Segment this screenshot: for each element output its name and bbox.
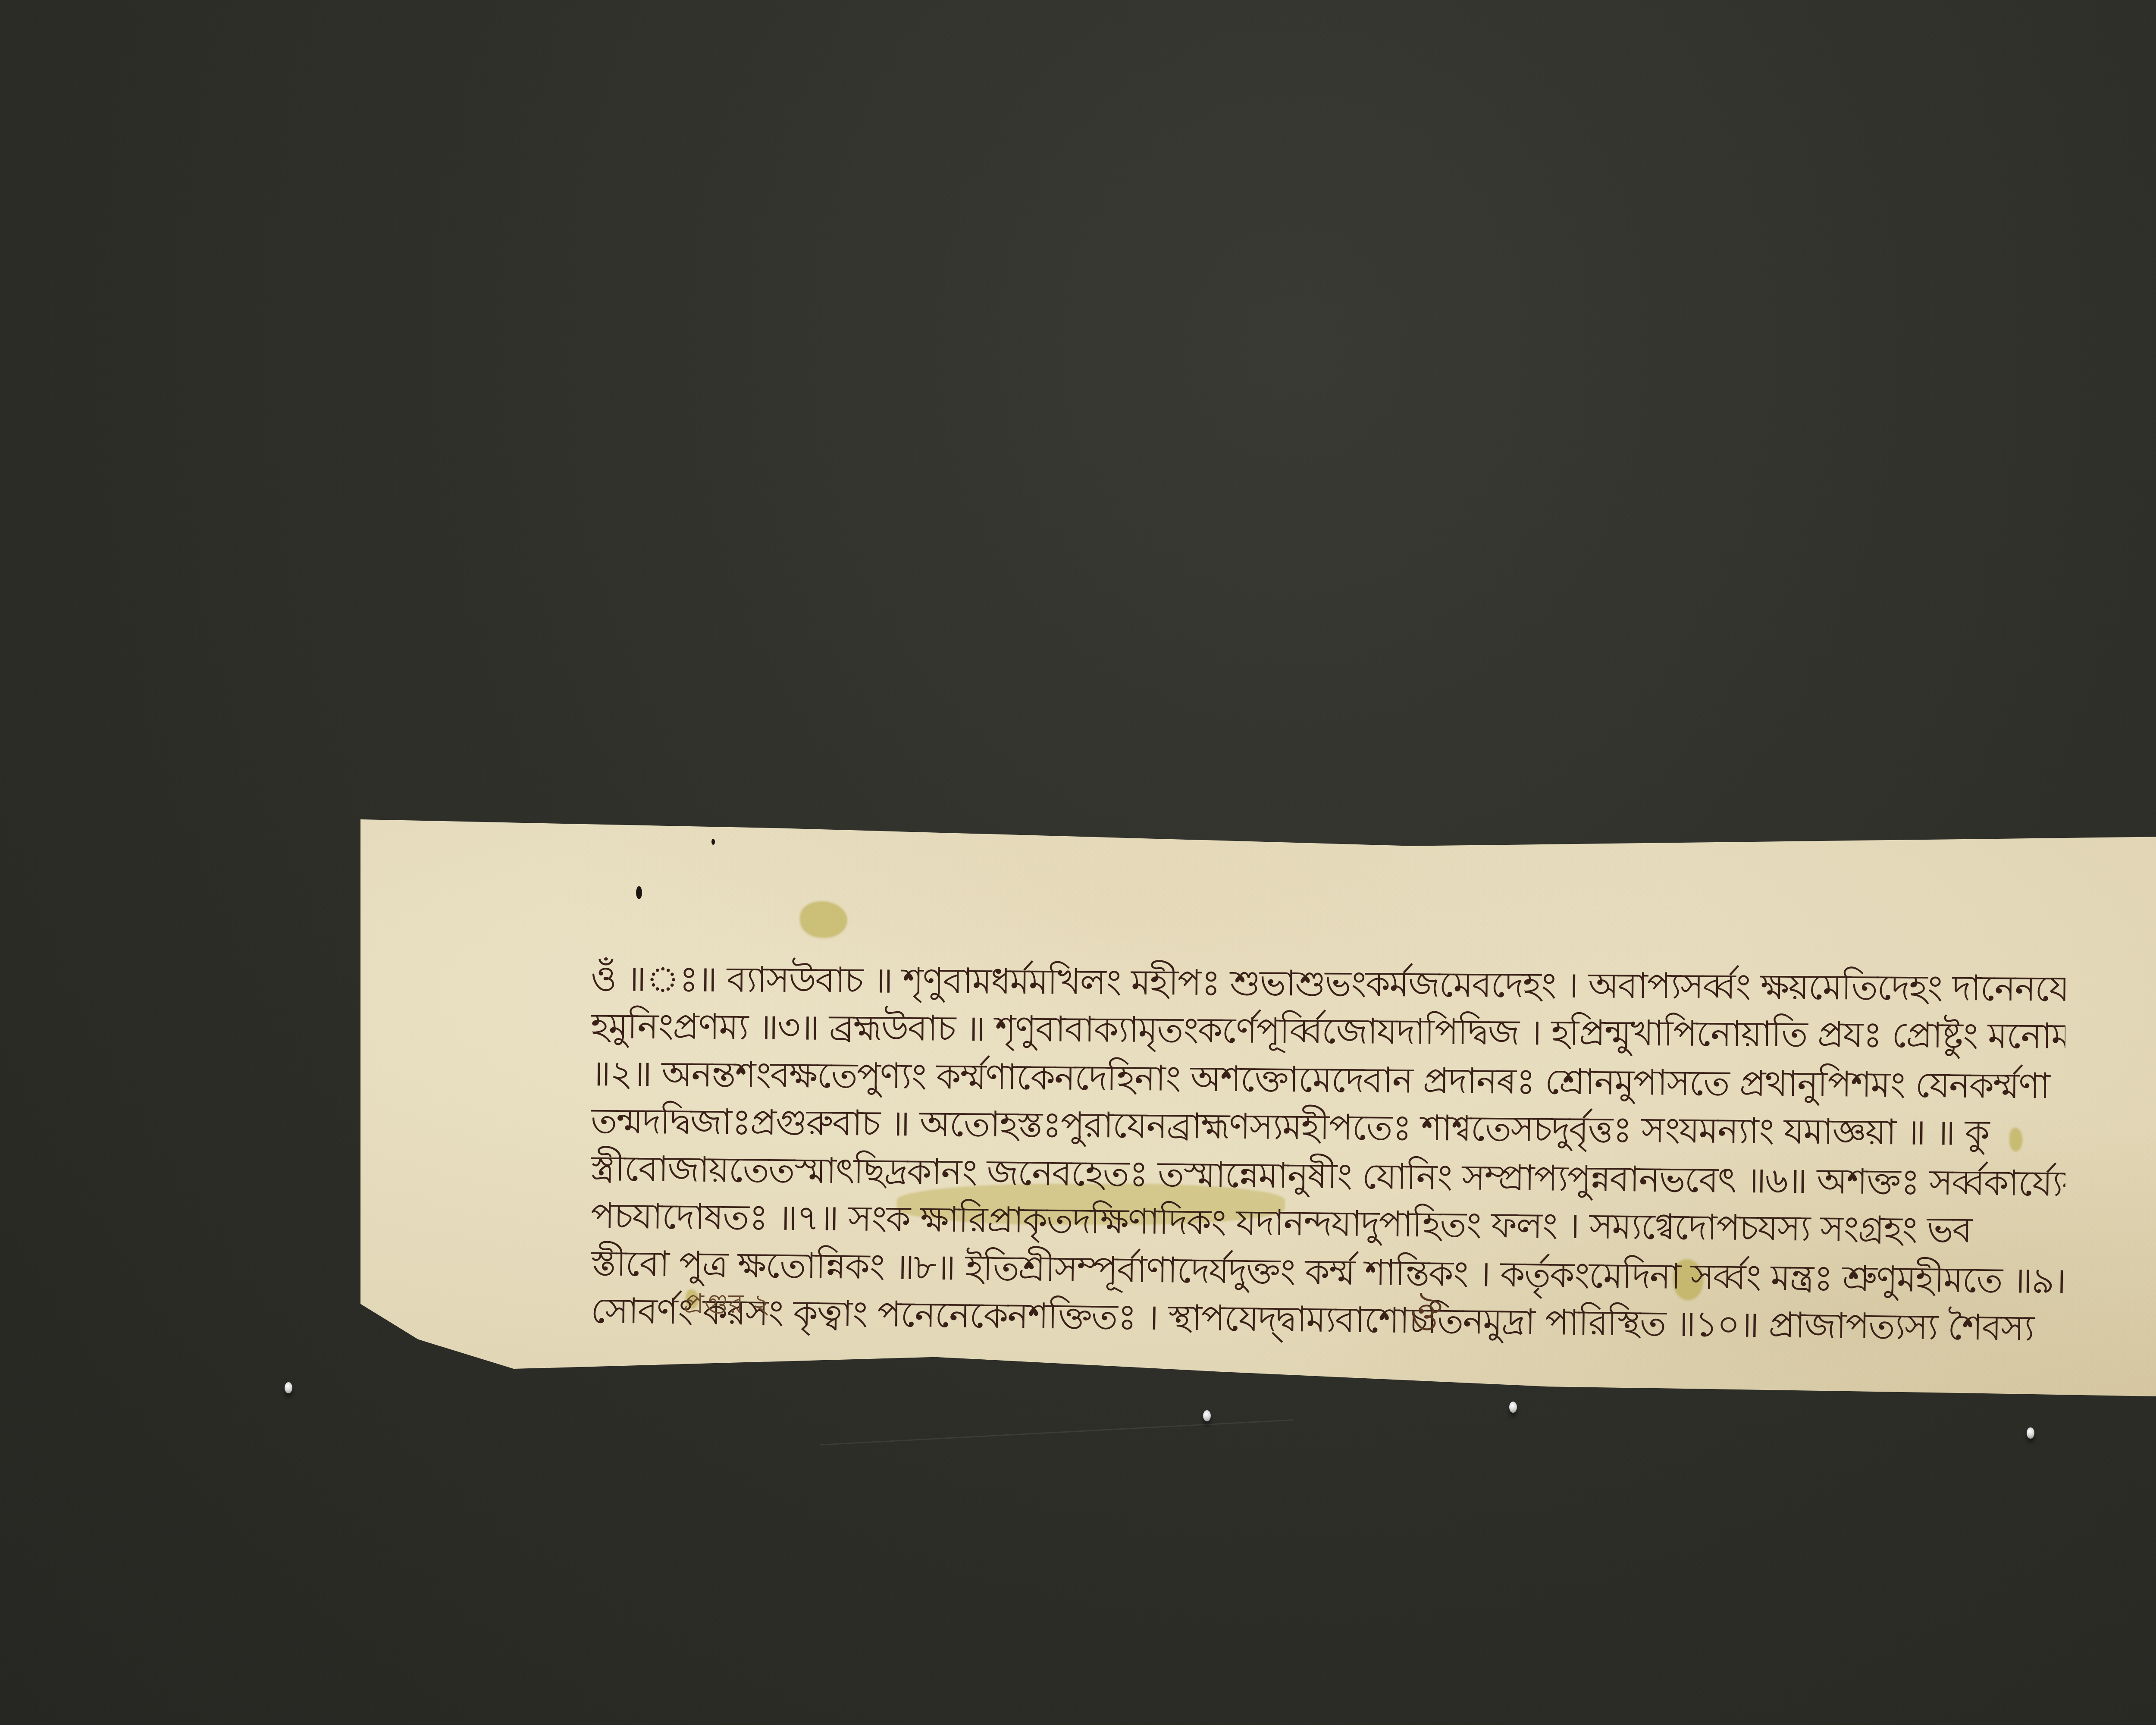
folio-margin-note: প্রগুর ২ <box>683 1283 771 1329</box>
manuscript-text: ওঁ ॥ঃ॥ ব্যাসউবাচ ॥ শৃণুবামধর্মমখিলং মহীপ… <box>591 955 2065 1335</box>
pigment-stain-top <box>800 901 847 938</box>
ink-blot <box>636 886 642 899</box>
mounting-pin <box>1509 1402 1517 1413</box>
mounting-pin <box>285 1382 292 1393</box>
mounting-pin <box>1203 1410 1211 1421</box>
mounting-pin <box>2027 1427 2034 1439</box>
folio-center-mark: ঔ <box>1410 1287 1442 1352</box>
ink-blot <box>711 839 715 845</box>
